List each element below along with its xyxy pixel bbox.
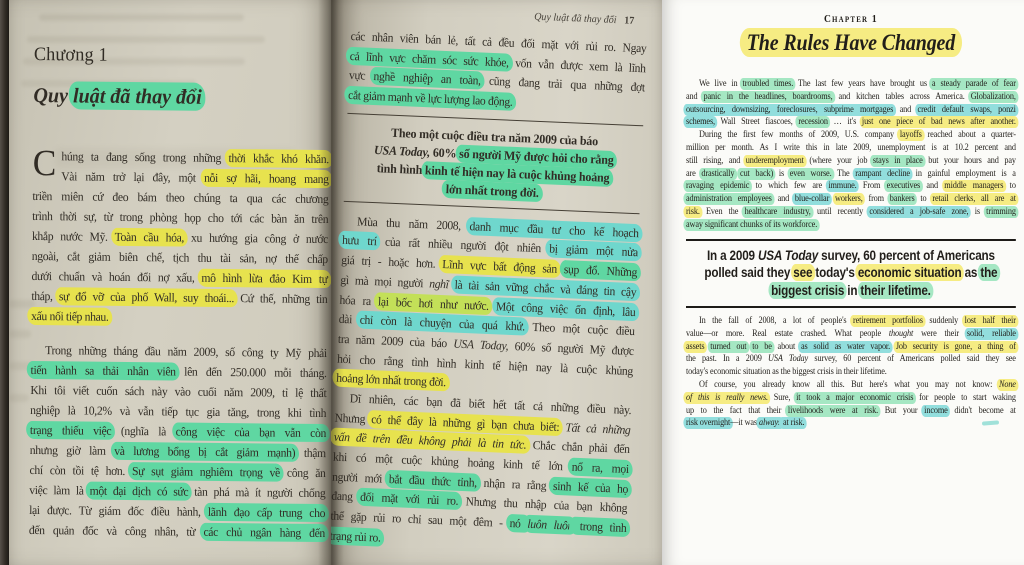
highlighted-text: xấu nối tiếp nhau. (27, 307, 112, 326)
text-segment: reached about a quarter- (922, 130, 1016, 140)
text-segment: nghĩ (429, 276, 449, 291)
text-segment: In a 2009 (707, 248, 758, 263)
text-line: million per month. As I write this in la… (686, 142, 1016, 155)
text-segment: for people to start waking (913, 393, 1016, 403)
text-line: ravaging epidemic to which few are immun… (686, 180, 1016, 193)
highlighted-text: và lương bổng bị cắt giảm mạnh) (110, 442, 299, 462)
highlighted-text: sinh kế của họ (549, 476, 632, 497)
text-segment: up to the fact that their (686, 406, 788, 416)
text-segment: húng ta đang sống trong những (61, 149, 228, 165)
highlighted-text: income (922, 405, 951, 417)
text-segment: thậm (295, 446, 326, 460)
highlighted-text: outsourcing, downsizing, foreclosures, s… (683, 104, 895, 116)
text-segment: chí còn tồi tệ hơn. (29, 463, 132, 478)
text-line: In the fall of 2008, a lot of people's r… (686, 315, 1016, 328)
text-segment: —it was (730, 418, 759, 428)
text-segment: công ăn (280, 466, 326, 480)
text-segment: tra năm 2009 của báo (338, 332, 454, 351)
text-segment: USA Today (768, 354, 808, 364)
text-line: outsourcing, downsizing, foreclosures, s… (686, 104, 1016, 117)
highlighted-text: sụp đổ. Những (560, 260, 642, 281)
highlighted-text: immune. (826, 180, 859, 192)
highlighted-text: nổ ra, mọi (568, 457, 633, 478)
text-segment: to which few are (749, 181, 828, 191)
left-page-paragraph-1: C húng ta đang sống trong những thời khắ… (31, 146, 329, 329)
text-line: biggest crisis in their lifetime. (686, 282, 1016, 300)
text-segment: dưới chuẩn và hoán đổi nợ xấu, (31, 269, 201, 285)
highlighted-text: trạng rủi ro. (331, 526, 385, 546)
text-segment: Trong những tháng đầu năm 2009, số công … (45, 343, 327, 360)
highlighted-text: một đại dịch có sức (86, 482, 192, 501)
bleed-through-text (9, 394, 29, 402)
highlighted-text: to be (750, 341, 775, 353)
text-segment: nhưng giờ làm (30, 443, 115, 458)
highlighted-title-text: The Rules Have Changed (740, 28, 962, 57)
highlighted-text: cut back) (737, 168, 775, 180)
text-segment: until recently (811, 207, 870, 217)
highlighted-text: luật đã thay đổi (69, 81, 206, 110)
text-line: polled said they see today's economic si… (686, 264, 1016, 282)
highlighted-text: solid, reliable (964, 328, 1018, 340)
text-segment: (nghĩa là (111, 424, 176, 439)
highlighted-text: lost half their (962, 315, 1018, 327)
chapter-number-label: Chương 1 (34, 44, 330, 69)
highlighted-text: administration employees (683, 193, 774, 205)
highlighted-text: bankers (887, 193, 917, 205)
text-segment: were their (913, 329, 967, 339)
highlighted-text: lớn nhất trong đời. (442, 180, 543, 202)
text-segment: đến quản đốc và công nhân, từ (29, 523, 204, 539)
highlighted-text: retirement portfolios (850, 315, 925, 327)
highlighted-text: schemes, (683, 116, 717, 128)
highlighted-text: nghề nghiệp an toàn, (369, 67, 485, 90)
highlighted-text: troubled times. (740, 78, 796, 90)
bleed-through-text (27, 36, 265, 43)
text-segment: hóa ra (339, 292, 378, 308)
text-line: assets turned out to be about as solid a… (686, 341, 1016, 354)
text-segment: survey, 60 percent of Americans (818, 248, 995, 263)
text-segment: to (1003, 181, 1016, 191)
highlighted-text: executives (884, 180, 923, 192)
text-segment: Even the (700, 207, 745, 217)
highlighted-text: workers, (832, 193, 865, 205)
text-segment: But your (878, 406, 924, 416)
text-segment: During the first few months of 2009, U.S… (699, 130, 900, 140)
highlighted-text: công việc của bạn vẫn còn (172, 422, 330, 442)
callout-quote: In a 2009 USA Today survey, 60 percent o… (686, 247, 1016, 300)
text-line: xấu nối tiếp nhau. (31, 306, 327, 329)
text-segment: Nhưng (334, 410, 371, 426)
highlighted-text: away significant chunks of its workforce… (683, 219, 819, 231)
text-segment: tàn phá mà ít người chống (188, 485, 325, 500)
text-segment: From (857, 181, 887, 191)
highlighted-text: trong tình (569, 517, 631, 538)
text-segment: USA Today, (374, 143, 431, 159)
running-header: Quy luật đã thay đổi17 (351, 4, 647, 31)
text-segment: today's (812, 265, 858, 280)
highlighted-text: blue-collar (792, 193, 831, 205)
highlighted-text: hưu trí (338, 231, 381, 251)
text-segment: Vài năm trở lại đây, một (61, 169, 204, 184)
text-segment: polled said they (704, 265, 793, 280)
highlighted-text: their lifetime. (858, 282, 934, 299)
highlighted-text: Sự sụt giảm nghiêm trọng về (128, 462, 284, 482)
highlighted-text: it took a major economic crisis (794, 392, 916, 404)
text-segment: Wall Street fiascoes, (715, 117, 798, 127)
highlighted-text: just one piece of bad news after another… (859, 116, 1018, 128)
text-line: of this is really news. Sure, it took a … (686, 392, 1016, 405)
text-segment: didn't become at (948, 406, 1016, 416)
text-line: administration employees and blue-collar… (686, 193, 1016, 206)
text-segment: survey, 60 percent of Americans polled s… (808, 354, 1016, 364)
bleed-through-text (9, 330, 31, 338)
text-line: We live in troubled times. The last few … (686, 78, 1016, 91)
text-line: value—or more. Real estate crashed. What… (686, 328, 1016, 341)
text-segment: nhận ra rằng (477, 475, 554, 492)
text-segment: today's economic situation as the bigges… (686, 367, 887, 377)
photo-dark-edge (0, 0, 9, 565)
left-page: Chương 1 Quy luật đã thay đổi C húng ta … (9, 0, 331, 565)
text-segment: thought (889, 329, 913, 339)
text-segment: ngoài, cắt giảm biên chế, tịch thu tài s… (32, 249, 328, 266)
text-line: the past. In a 2009 USA Today survey, 60… (686, 353, 1016, 366)
text-line: are drastically cut back) is even worse.… (686, 168, 1016, 181)
english-page-scan: Chapter 1 The Rules Have Changed We live… (662, 0, 1024, 565)
text-segment: The last few years have brought us (793, 79, 932, 89)
page-number: 17 (624, 15, 634, 26)
text-segment: still rising, and (686, 156, 746, 166)
drop-cap: C (33, 147, 57, 181)
text-line: đến quản đốc và công nhân, từ các chủ ng… (29, 520, 325, 543)
text-segment: việc làm là (29, 483, 90, 498)
highlighted-text: biggest crisis (768, 282, 846, 299)
text-segment: Theo một cuộc điều (525, 320, 635, 339)
highlighted-text: nỗi sợ hãi, hoang mang (200, 169, 331, 188)
highlighted-text: Globalization, (968, 91, 1018, 103)
text-line: risk. Even the healthcare industry, unti… (686, 206, 1016, 219)
highlighted-text: rampant decline (853, 168, 913, 180)
chapter-title: Quy luật đã thay đổi (33, 80, 329, 113)
text-segment: xu hướng gia công ở nước (184, 231, 328, 247)
highlighted-text: of this is really news. (683, 392, 770, 404)
highlighted-text: panic in the headlines, boardrooms, (701, 91, 835, 103)
highlighted-text: credit default swaps, ponzi (915, 104, 1019, 116)
text-segment: triền miên cứ đeo bám theo chúng ta qua … (32, 189, 328, 206)
highlighted-text: layoffs (897, 129, 924, 141)
text-line: up to the fact that their livelihoods we… (686, 405, 1016, 418)
text-segment: the past. In a 2009 (686, 354, 768, 364)
middle-page-paragraph-2: Dĩ nhiên, các bạn đã biết hết tất cả nhữ… (331, 389, 632, 559)
text-segment: Chắc chắn phải đến (526, 438, 630, 456)
text-line: schemes, Wall Street fiascoes, recession… (686, 116, 1016, 129)
highlighted-text: the (978, 264, 1000, 281)
highlighted-text: see (791, 264, 815, 281)
english-paragraph-2: During the first few months of 2009, U.S… (686, 129, 1016, 231)
text-segment: 60% số người Mỹ được (508, 339, 634, 358)
highlighted-text: retail clerks, all are at (930, 193, 1019, 205)
highlighted-text: ravaging epidemic (683, 180, 752, 192)
text-segment: Khi tôi viết cuốn sách này vào cuối năm … (30, 383, 326, 400)
text-segment: người mới (332, 469, 389, 485)
highlighted-text: None (996, 379, 1018, 391)
text-line: Of course, you already know all this. Bu… (686, 379, 1016, 392)
highlighted-text: drastically (699, 168, 737, 180)
text-segment: in gainful employment is a (910, 169, 1016, 179)
left-page-paragraph-2: Trong những tháng đầu năm 2009, số công … (29, 340, 327, 543)
text-segment: trình thời sự, từ trong phòng họp cho tớ… (32, 209, 328, 226)
highlighted-text: các chủ ngân hàng đến (200, 523, 329, 542)
callout-bottom-rule (686, 306, 1016, 308)
text-segment: from (863, 194, 890, 204)
highlighted-text: even worse. (787, 168, 834, 180)
middle-page: Quy luật đã thay đổi17 các nhân viên bán… (331, 0, 662, 565)
text-line: risk overnight—it was always at risk. (686, 417, 1016, 430)
highlighted-text: turned out (708, 341, 749, 353)
highlighted-text: lãnh đạo cấp trung cho (204, 503, 329, 522)
text-segment: Sure, (768, 393, 796, 403)
highlighted-text: Job security is gone, a thing of (893, 341, 1018, 353)
text-segment: Quy (33, 83, 73, 107)
highlighted-text: đối mặt với rủi ro. (356, 488, 462, 510)
text-segment: Tất cả những (565, 420, 631, 437)
text-segment: tình hình (376, 161, 425, 177)
text-segment: gì mà mọi người (340, 273, 429, 291)
text-segment: nghiệp là 10,2% và vẫn tiếp tục gia tăng… (30, 403, 326, 420)
highlighted-text: at risk. (778, 417, 807, 429)
text-segment: In the fall of 2008, a lot of people's (699, 316, 853, 326)
text-segment: but your hours and pay (923, 156, 1016, 166)
text-segment: Of course, you already know all this. Bu… (699, 380, 999, 390)
text-segment: million per month. As I write this in la… (686, 143, 1016, 153)
text-line: and panic in the headlines, boardrooms, … (686, 91, 1016, 104)
text-line: Quy luật đã thay đổi (33, 80, 329, 113)
text-segment: USA Today (758, 248, 818, 263)
text-line: In a 2009 USA Today survey, 60 percent o… (686, 247, 1016, 265)
highlighted-text: underemployment (743, 155, 806, 167)
highlighted-text: recession (796, 116, 831, 128)
chapter-number-label-en: Chapter 1 (686, 13, 1016, 25)
text-segment: suddenly (923, 316, 965, 326)
highlighted-text: risk overnight (683, 417, 732, 429)
highlighted-text: thời khắc khó khăn. (225, 149, 331, 168)
text-segment: (where your job (804, 156, 873, 166)
highlighted-text: hoảng lớn nhất trong đời. (332, 369, 450, 392)
highlighted-text: healthcare industry, (742, 206, 813, 218)
text-segment: … it's (828, 117, 862, 127)
highlighted-text: bị giảm một nửa (545, 240, 642, 262)
highlighted-text: a steady parade of fear (929, 78, 1018, 90)
middle-page-paragraph-continued: các nhân viên bán lẻ, tất cả đều đối mặt… (348, 27, 647, 118)
text-segment: khắp nước Mỹ. (32, 229, 115, 244)
bleed-through-text (39, 14, 244, 21)
text-segment: about (772, 342, 801, 352)
callout-top-rule (686, 239, 1016, 241)
middle-page-paragraph-1: Mùa thu năm 2008, danh mục đầu tư cho kế… (336, 212, 639, 401)
highlighted-text: trạng thiếu việc (26, 421, 115, 440)
text-segment: value—or more. Real estate crashed. What… (686, 329, 889, 339)
text-segment: and (893, 105, 917, 115)
highlighted-text: as solid as water vapor. (798, 341, 892, 353)
chapter-title-en: The Rules Have Changed (686, 28, 1016, 58)
text-segment: We live in (699, 79, 743, 89)
vietnamese-book-photo: Chương 1 Quy luật đã thay đổi C húng ta … (0, 0, 662, 565)
highlighted-text: middle managers (942, 180, 1006, 192)
text-segment: vốn vẫn được xem là lĩnh (508, 55, 645, 75)
text-line: away significant chunks of its workforce… (686, 219, 1016, 232)
highlighted-text: mô hình lừa đảo Kim tự (198, 269, 331, 288)
text-segment: Mùa thu năm 2008, (357, 214, 470, 233)
text-segment: lại được. Từ giám đốc điều hành, (29, 503, 208, 519)
open-book-spread: Chương 1 Quy luật đã thay đổi C húng ta … (0, 0, 1024, 565)
highlighted-text: trimming (984, 206, 1019, 218)
text-segment: lên đến 250.000 mỗi tháng. (176, 365, 327, 381)
text-line: During the first few months of 2009, U.S… (686, 129, 1016, 142)
highlighted-text: Toàn cầu hóa, (111, 228, 188, 247)
english-paragraph-1: We live in troubled times. The last few … (686, 78, 1016, 129)
highlighted-text: livelihoods were at risk. (785, 405, 880, 417)
highlighted-text: tiến hành sa thải nhân viên (27, 361, 180, 381)
text-segment: USA Today, (453, 336, 508, 352)
running-header-title: Quy luật đã thay đổi (534, 12, 617, 26)
highlighted-text: bắt đầu thức tỉnh, (385, 469, 481, 491)
english-paragraph-3: In the fall of 2008, a lot of people's r… (686, 315, 1016, 379)
text-segment: and (920, 181, 944, 191)
pull-quote: Theo một cuộc điều tra năm 2009 của báoU… (344, 122, 643, 206)
english-paragraph-4: Of course, you already know all this. Bu… (686, 379, 1016, 430)
text-segment: Cứ thế, những tin (234, 291, 328, 306)
highlighted-text: considered a job-safe zone, (867, 206, 971, 218)
highlighted-text: sự đổ vỡ của phố Wall, suy thoái... (55, 287, 238, 307)
text-line: today's economic situation as the bigges… (686, 366, 1016, 379)
text-segment: giá trị - hoặc hơn. (341, 253, 443, 271)
text-line: still rising, and underemployment (where… (686, 155, 1016, 168)
highlighted-text: stays in place (870, 155, 925, 167)
text-segment: and kitchen tables across America. (833, 92, 971, 102)
highlighted-text: economic situation (855, 264, 964, 281)
